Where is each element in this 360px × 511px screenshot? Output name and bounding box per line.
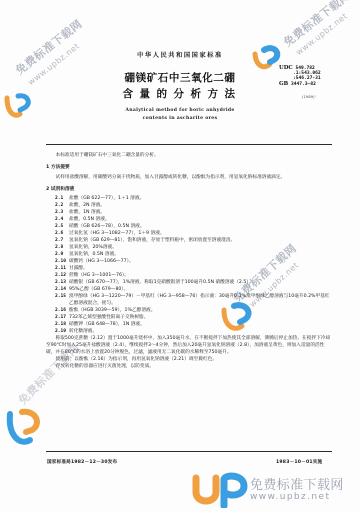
list-item: 2.5硝酸（GB 626—78），0.5N 溶液。 (55, 223, 332, 230)
intro-paragraph: 本标准适用于硼镁矿石中三氧化二硼含量的分析。 (46, 152, 332, 159)
list-item: 2.2盐酸，2N 溶液。 (55, 202, 332, 209)
document-body: 本标准适用于硼镁矿石中三氧化二硼含量的分析。 1 方法提要 试样用盐酸溶解，用碳… (46, 152, 332, 370)
list-item: 2.16酚酞（HGB 3039—59），1%乙醇溶液。 (55, 307, 332, 314)
list-item: 2.9氢氧化钠，0.5N 溶液。 (55, 251, 332, 258)
list-item: 2.4盐酸，0.5N 溶液。 (55, 216, 332, 223)
reagent-list: 2.1盐酸（GB 622—77），1＋1 溶液。 2.2盐酸，2N 溶液。 2.… (46, 195, 332, 335)
watermark-site-url-large: www.upbz.net (250, 492, 330, 502)
list-item: 2.11甘露醇。 (55, 265, 332, 272)
list-item: 2.12蔗糖（HG 3—1001—76）。 (55, 272, 332, 279)
invert-sugar-storage: 存放转化糖的容器应进行灭菌处理，以防变质。 (46, 363, 332, 370)
invert-sugar-procedure: 称取500克蔗糖（2.12）置于1000毫升烧杯中，加入350毫升水，在不断搅拌… (46, 335, 332, 356)
list-item: 2.7氢氧化钠（GB 629—81），饱和溶液，存放于塑料瓶中，密闭放置至溶液澄… (55, 237, 332, 244)
invert-sugar-usage: 使用前，以酚酞（2.16）为指示剂，再用氢氧化钠溶液（2.21）调至微红色。 (46, 356, 332, 363)
section-1-heading: 1 方法提要 (46, 164, 332, 171)
national-standard-heading: 中华人民共和国国家标准 (0, 50, 360, 59)
section-2-heading: 2 试剂和溶液 (46, 186, 332, 193)
list-item: 2.8氢氧化钠，20%溶液。 (55, 244, 332, 251)
footer-divider (46, 451, 332, 452)
list-item: 2.13硝酸银（GB 670—77），1%溶液，称取1克硝酸银溶于100毫升0.… (55, 279, 332, 286)
list-item: 2.3盐酸，1N 溶液。 (55, 209, 332, 216)
udc-label: UDC (279, 65, 293, 71)
year-note: (1989)' (302, 94, 316, 99)
issue-date: 国家标准局1982－12－30发布 (47, 459, 117, 465)
watermark-site-cn: 免费标准下载网 (12, 16, 85, 78)
section-1-text: 试样用盐酸溶解，用碳酸钙分离干扰物质，加入甘露醇或转化糖，以酚酞为指示剂，用氢氧… (46, 174, 332, 181)
watermark-site-cn-large: 免费标准下载网 (250, 474, 344, 493)
gb-number: 3447.3—82 (291, 82, 316, 87)
list-item: 2.1495%乙醇（GB 679—80）。 (55, 286, 332, 293)
title-en-line2: contents in ascharite ores (0, 116, 360, 121)
effective-date: 1983－10－01实施 (276, 459, 322, 465)
up-logo-icon (190, 472, 248, 508)
up-logo-icon (4, 406, 44, 452)
document-page: 免费标准下载网 www.upbz.net 免费标准下载网 www.upbz.ne… (0, 0, 360, 511)
list-item: 2.6过氧化氢（HG 3—1082—77），1＋9 溶液。 (55, 230, 332, 237)
list-item: 2.1盐酸（GB 622—77），1＋1 溶液。 (55, 195, 332, 202)
list-item: 2.17732苯乙烯型强酸性阳离子交换树脂。 (55, 314, 332, 321)
watermark-top-right: 免费标准下载网 www.upbz.net (240, 0, 360, 70)
title-en-line1: Analytical method for boric anhydride (0, 108, 360, 113)
list-item: 2.10碳酸钙（HG 3—1066—77）。 (55, 258, 332, 265)
list-item: 2.18硝酸钾（GB 648—78），1N 溶液。 (55, 321, 332, 328)
watermark-site-cn: 免费标准下载网 (280, 0, 353, 50)
gb-label: GB (279, 81, 288, 87)
list-item: 2.15溴甲酚绿（HG 3—1220—79）－甲基红（HG 3—958—76）指… (46, 293, 332, 307)
list-item: 2.19转化糖溶液。 (55, 328, 332, 335)
header-divider (46, 144, 332, 145)
classification-block: UDC 549.782 .1:543.062 :546.27-31 GB 344… (279, 66, 321, 87)
